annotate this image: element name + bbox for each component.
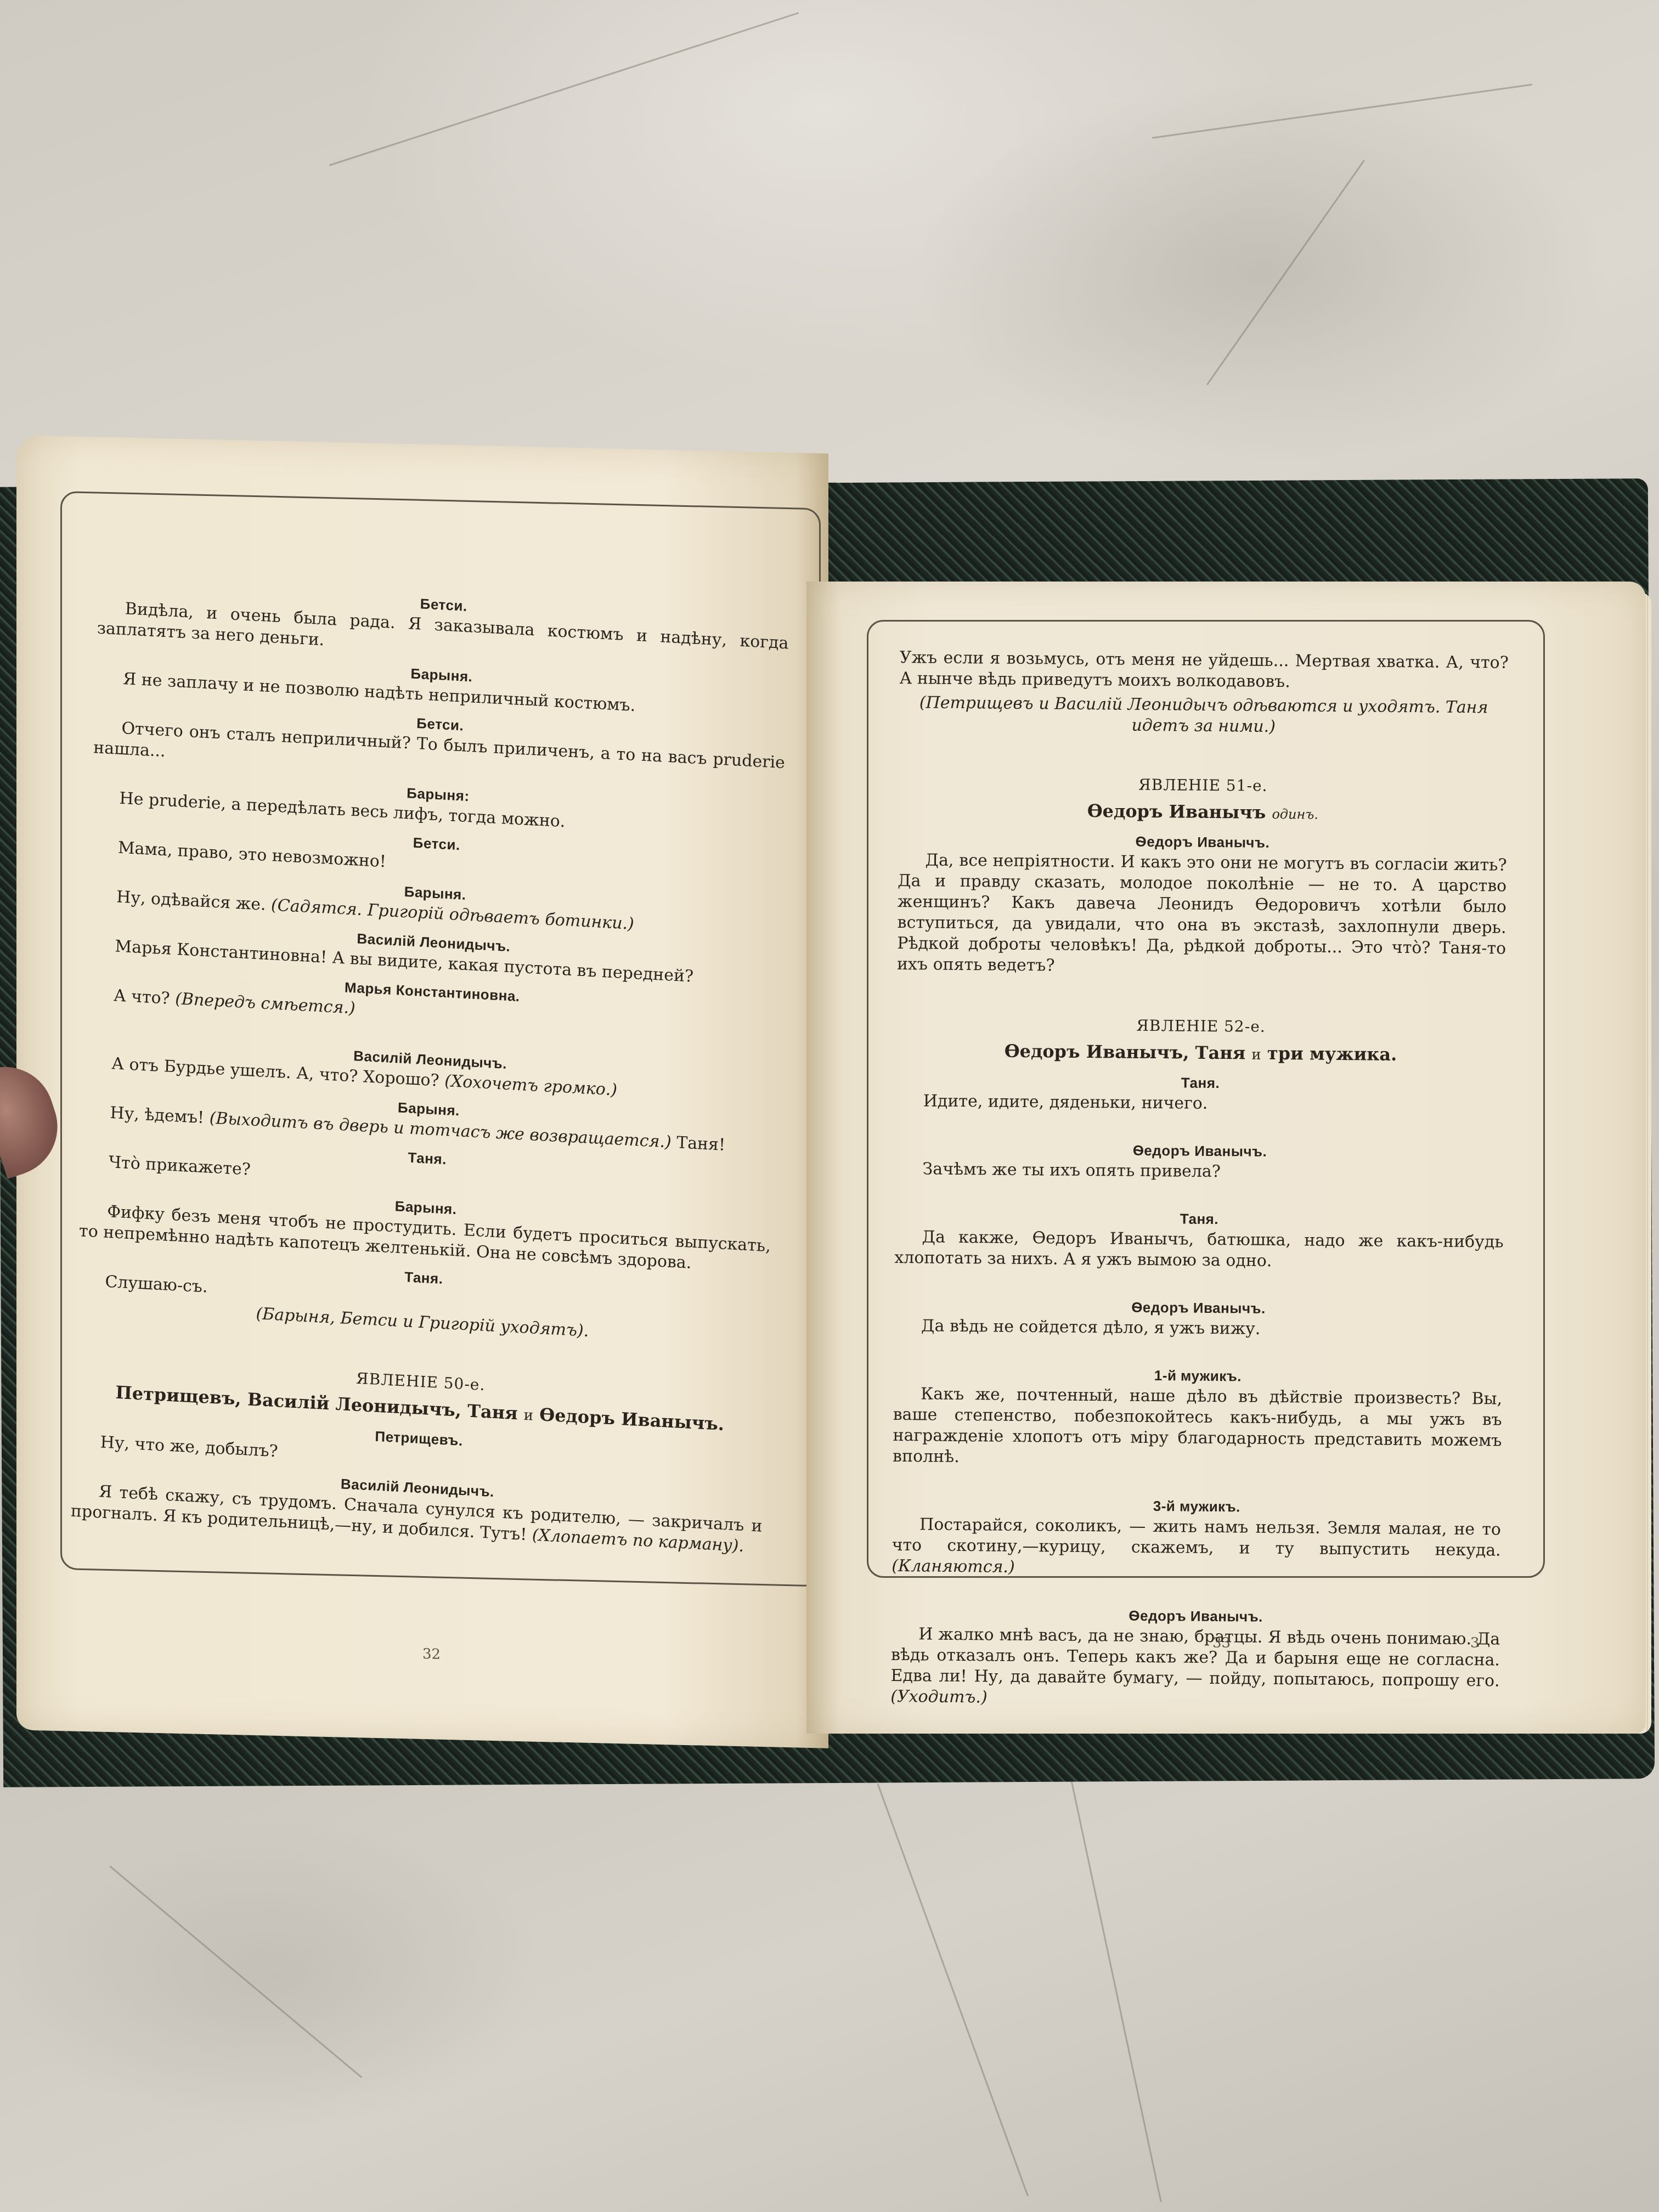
page-number: 33 bbox=[1212, 1635, 1231, 1651]
stage-direction: (Уходитъ.) bbox=[890, 1687, 988, 1707]
marble-vein bbox=[109, 1865, 363, 2078]
cast-note: одинъ. bbox=[1272, 806, 1318, 822]
left-page: Бетси. Видѣла, и очень была рада. Я зака… bbox=[16, 435, 828, 1748]
cast-names: Ѳедоръ Иванычъ, Таня bbox=[1005, 1041, 1246, 1064]
signature-mark: 3 bbox=[1470, 1635, 1480, 1651]
marble-vein bbox=[1206, 160, 1365, 385]
dialogue-line: Какъ же, почтенный, наше дѣло въ дѣйстві… bbox=[893, 1384, 1502, 1472]
scene-heading: ЯВЛЕНІЕ 52-е. bbox=[896, 1013, 1505, 1040]
dialogue-text: А что? bbox=[113, 986, 170, 1008]
marble-vein bbox=[329, 12, 799, 166]
scene-heading: ЯВЛЕНІЕ 51-е. bbox=[899, 772, 1508, 799]
dialogue-line: Ужъ если я возьмусь, отъ меня не уйдешь.… bbox=[899, 647, 1509, 695]
dialogue-text: Таня! bbox=[676, 1133, 726, 1155]
dialogue-line: Да, все непріятности. И какъ это они не … bbox=[897, 850, 1507, 980]
dialogue-line: Да какже, Ѳедоръ Иванычъ, батюшка, надо … bbox=[894, 1227, 1504, 1274]
dialogue-text: Постарайся, соколикъ, — жить намъ нельзя… bbox=[892, 1515, 1502, 1560]
right-page-text: Ужъ если я возьмусь, отъ меня не уйдешь.… bbox=[890, 647, 1509, 1713]
dialogue-text: И жалко мнѣ васъ, да не знаю, братцы. Я … bbox=[890, 1624, 1500, 1690]
dialogue-text: Ну, ѣдемъ! bbox=[110, 1103, 205, 1127]
dialogue-line: И жалко мнѣ васъ, да не знаю, братцы. Я … bbox=[890, 1624, 1500, 1713]
marble-vein bbox=[1069, 1773, 1162, 2202]
cast-names: Ѳедоръ Иванычъ. bbox=[539, 1404, 725, 1435]
stage-direction: (Петрищевъ и Василій Леонидычъ одѣваются… bbox=[899, 692, 1509, 740]
page-number: 32 bbox=[422, 1646, 441, 1663]
left-page-text: Бетси. Видѣла, и очень была рада. Я зака… bbox=[70, 569, 789, 1558]
right-page: Ужъ если я возьмусь, отъ меня не уйдешь.… bbox=[806, 582, 1646, 1734]
dialogue-line: Постарайся, соколикъ, — жить намъ нельзя… bbox=[891, 1514, 1501, 1582]
cast-conjunction: и bbox=[523, 1407, 533, 1424]
cast-names: Ѳедоръ Иванычъ bbox=[1087, 800, 1266, 823]
marble-vein bbox=[1152, 84, 1533, 139]
cast-conjunction: и bbox=[1251, 1047, 1261, 1063]
scene-cast: Ѳедоръ Иванычъ, Таня и три мужика. bbox=[896, 1040, 1505, 1068]
marble-vein bbox=[877, 1784, 1029, 2197]
cast-names: три мужика. bbox=[1267, 1043, 1397, 1065]
scene-cast: Ѳедоръ Иванычъ одинъ. bbox=[898, 799, 1507, 827]
stage-direction: (Кланяются.) bbox=[891, 1556, 1015, 1577]
